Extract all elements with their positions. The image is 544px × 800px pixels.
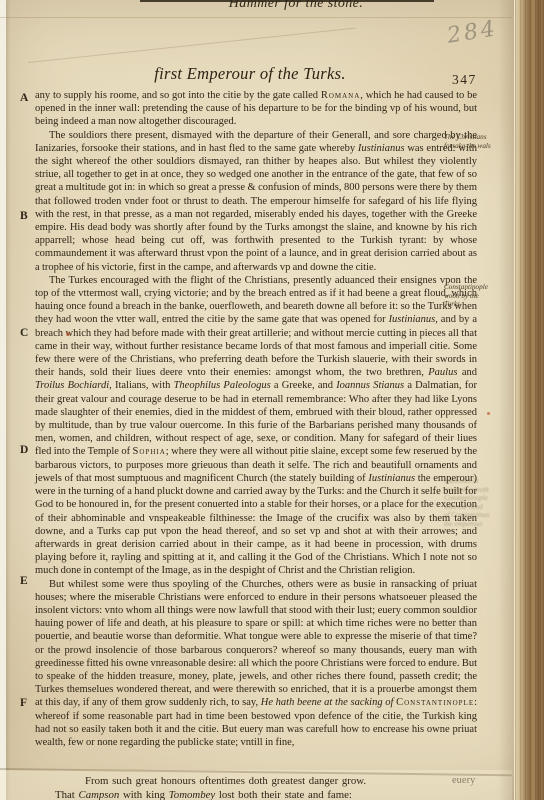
body-paragraph: But whilest some were thus spoyling of t… — [35, 578, 477, 750]
scan-left-edge — [0, 0, 6, 800]
margin-letter-d: D — [20, 444, 34, 456]
ink-speck — [66, 332, 70, 336]
book-page-scan: Hammer for the stone. 284 first Emperour… — [0, 0, 544, 800]
margin-letter-e: E — [20, 575, 34, 587]
underpage-verse-line: From such great honours oftentimes doth … — [85, 775, 366, 787]
body-paragraph: any to supply his roome, and so got into… — [35, 89, 477, 129]
page-number: 347 — [452, 72, 477, 88]
body-text: any to supply his roome, and so got into… — [35, 89, 477, 749]
page-gutter-shadow — [498, 0, 514, 800]
ink-speck — [487, 412, 490, 415]
paper-crease — [28, 28, 356, 63]
margin-letter-c: C — [20, 327, 34, 339]
margin-letter-b: B — [20, 210, 34, 222]
overleaf-page-edge — [0, 17, 512, 18]
body-paragraph: The souldiors there present, dismayed wi… — [35, 129, 477, 274]
margin-letter-a: A — [20, 92, 34, 104]
ink-speck — [218, 688, 222, 691]
page-heading: first Emperour of the Turks. — [143, 64, 357, 84]
stacked-page-edges — [514, 0, 544, 800]
handwritten-folio-number: 284 — [445, 16, 499, 49]
body-paragraph: The Turkes encouraged with the flight of… — [35, 274, 477, 578]
underpage-verse-line: That Campson with king Tomombey lost bot… — [55, 789, 352, 800]
margin-letter-f: F — [20, 697, 34, 709]
overleaf-running-title: Hammer for the stone. — [150, 0, 442, 12]
